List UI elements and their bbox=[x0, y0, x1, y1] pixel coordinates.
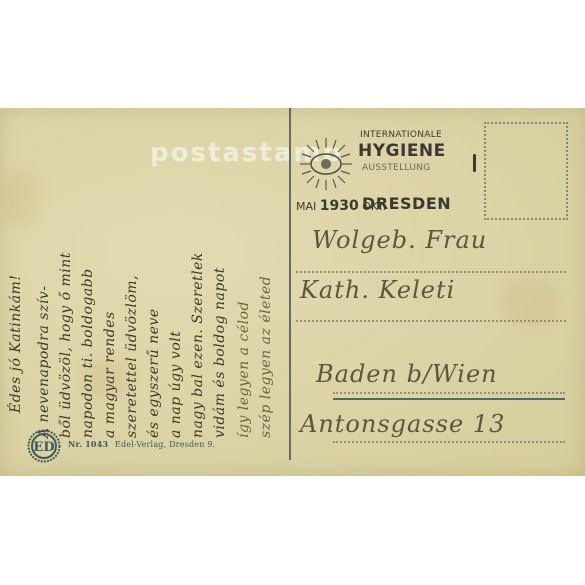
address-line: Wolgeb. Frau bbox=[312, 226, 487, 254]
address-dotted-line bbox=[296, 320, 566, 322]
postmark: INTERNATIONALE HYGIENE AUSSTELLUNG MAI 1… bbox=[296, 126, 446, 226]
address-line: Baden b/Wien bbox=[316, 360, 498, 388]
paper-stain bbox=[0, 168, 40, 228]
postmark-date-prefix: MAI bbox=[296, 200, 316, 213]
message-line: nagy bal ezen. Szeretlek bbox=[190, 252, 206, 438]
imprint-number: Nr. 1043 bbox=[68, 439, 108, 449]
postmark-line: INTERNATIONALE bbox=[360, 130, 442, 140]
stamp-box bbox=[484, 122, 568, 220]
message-line: így legyen a célod bbox=[236, 301, 252, 438]
message-line: a magyar rendes bbox=[102, 311, 118, 438]
address-dotted-line bbox=[296, 271, 566, 273]
ink-mark bbox=[473, 154, 476, 172]
postcard: Édes jó Katinkám! A nevenapodra szív- bő… bbox=[0, 108, 585, 476]
imprint-publisher: Edel-Verlag, Dresden 9. bbox=[115, 440, 215, 449]
message-line: napodon ti. boldogabb bbox=[80, 268, 96, 438]
message-line: ből üdvözöl, hogy ő mint bbox=[58, 252, 74, 438]
message-line: és egyszerű neve bbox=[146, 308, 162, 438]
postmark-line: AUSSTELLUNG bbox=[362, 163, 431, 173]
eye-sun-icon bbox=[298, 136, 354, 192]
address-line: Kath. Keleti bbox=[300, 276, 455, 304]
address-underline bbox=[333, 398, 565, 400]
address-line: Antonsgasse 13 bbox=[300, 410, 505, 438]
postmark-title: HYGIENE bbox=[358, 141, 446, 161]
address-dotted-line bbox=[333, 441, 565, 443]
message-line: szeretettel üdvözlöm, bbox=[124, 275, 140, 438]
center-divider bbox=[289, 108, 291, 460]
svg-text:ED: ED bbox=[33, 440, 54, 455]
address-dotted-line bbox=[333, 392, 565, 394]
imprint: Nr. 1043 Edel-Verlag, Dresden 9. bbox=[68, 439, 215, 449]
postmark-year: 1930 bbox=[320, 198, 359, 214]
message-line: A nevenapodra szív- bbox=[36, 286, 52, 438]
message-line: vidám és boldog napot bbox=[212, 267, 228, 438]
message-line: Édes jó Katinkám! bbox=[8, 275, 24, 413]
message-line: szép legyen az életed bbox=[258, 276, 274, 438]
postmark-city: DRESDEN bbox=[362, 194, 451, 213]
publisher-logo-icon: ED bbox=[27, 429, 61, 463]
message-line: a nap úgy volt bbox=[168, 331, 184, 438]
